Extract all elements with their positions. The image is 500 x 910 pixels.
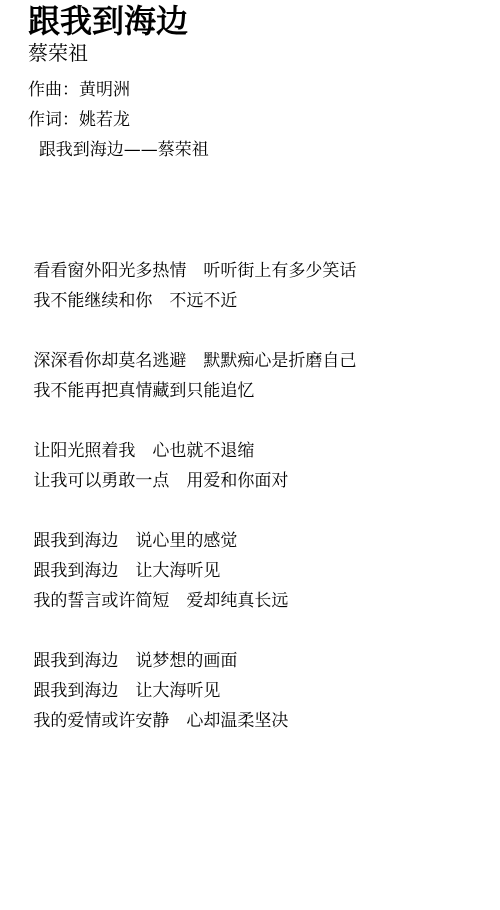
- lyric-stanza: 跟我到海边 说心里的感觉 跟我到海边 让大海听见 我的誓言或许简短 爱却纯真长远: [28, 526, 480, 616]
- lyric-stanza: 跟我到海边 说梦想的画面 跟我到海边 让大海听见 我的爱情或许安静 心却温柔坚决: [28, 646, 480, 736]
- lyric-line: 跟我到海边 说梦想的画面: [28, 646, 480, 676]
- lyric-line: 我不能再把真情藏到只能追忆: [28, 376, 480, 406]
- lyric-stanza: 让阳光照着我 心也就不退缩 让我可以勇敢一点 用爱和你面对: [28, 436, 480, 496]
- lyric-line: 我不能继续和你 不远不近: [28, 286, 480, 316]
- lyric-line: 我的誓言或许简短 爱却纯真长远: [28, 586, 480, 616]
- composer-line: 作曲：黄明洲: [28, 75, 480, 105]
- lyricist-line: 作词：姚若龙: [28, 105, 480, 135]
- song-artist-line: 跟我到海边——蔡荣祖: [28, 135, 480, 165]
- lyric-stanza: 深深看你却莫名逃避 默默痴心是折磨自己 我不能再把真情藏到只能追忆: [28, 346, 480, 406]
- lyric-line: 跟我到海边 让大海听见: [28, 676, 480, 706]
- lyrics-body: 看看窗外阳光多热情 听听街上有多少笑话 我不能继续和你 不远不近 深深看你却莫名…: [28, 256, 480, 736]
- lyrics-page: 跟我到海边 蔡荣祖 作曲：黄明洲 作词：姚若龙 跟我到海边——蔡荣祖 看看窗外阳…: [0, 0, 500, 736]
- lyric-line: 让我可以勇敢一点 用爱和你面对: [28, 466, 480, 496]
- lyric-line: 我的爱情或许安静 心却温柔坚决: [28, 706, 480, 736]
- lyric-stanza: 看看窗外阳光多热情 听听街上有多少笑话 我不能继续和你 不远不近: [28, 256, 480, 316]
- lyric-line: 让阳光照着我 心也就不退缩: [28, 436, 480, 466]
- song-meta: 作曲：黄明洲 作词：姚若龙 跟我到海边——蔡荣祖: [28, 75, 480, 165]
- song-title: 跟我到海边: [28, 2, 480, 40]
- lyric-line: 跟我到海边 说心里的感觉: [28, 526, 480, 556]
- lyric-line: 看看窗外阳光多热情 听听街上有多少笑话: [28, 256, 480, 286]
- lyric-line: 跟我到海边 让大海听见: [28, 556, 480, 586]
- lyric-line: 深深看你却莫名逃避 默默痴心是折磨自己: [28, 346, 480, 376]
- artist-name: 蔡荣祖: [28, 40, 480, 66]
